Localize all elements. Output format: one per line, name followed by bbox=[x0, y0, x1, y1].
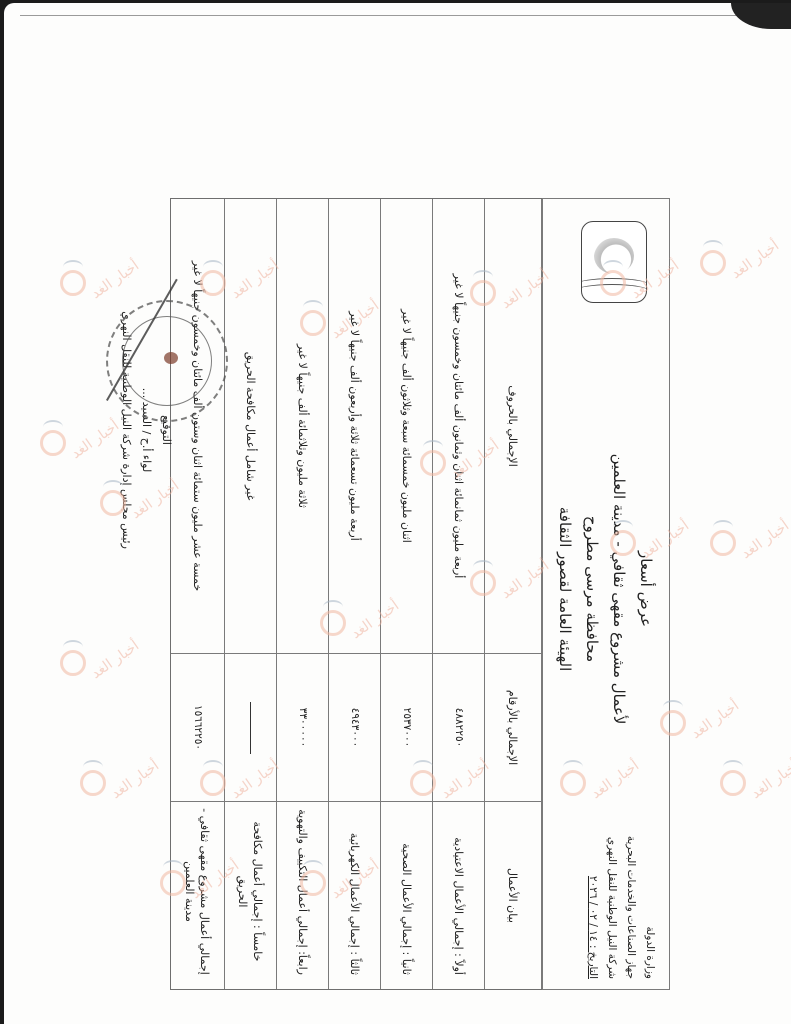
title-line-4: الهيئة العامة لقصور الثقافة bbox=[551, 439, 578, 739]
row-description: أولاً : إجمالي الأعمال الاعتيادية bbox=[433, 801, 484, 989]
signature-ink-mark bbox=[164, 352, 178, 364]
signature-area: التوقيع لواء أ.ح / السيد ... رئيس مجلس إ… bbox=[96, 280, 176, 580]
page-corner-curl bbox=[731, 3, 791, 29]
table-row: خامساً : إجمالي أعمال مكافحة الحريق غير … bbox=[225, 199, 277, 989]
title-line-3: محافظة مرسى مطروح bbox=[578, 439, 605, 739]
row-amount-numeric: ٢٥٣٧٠٠٠ bbox=[381, 653, 432, 801]
document-title: عرض أسعار لأعمال مشروع مقهى ثقافي - مدين… bbox=[551, 439, 659, 739]
total-description: إجمالي أعمال مشروع مقهى ثقافي - مدينة ال… bbox=[171, 801, 224, 989]
row-amount-words: ثلاثة مليون وثلاثمائة ألف جنيهاً لا غير bbox=[277, 199, 328, 653]
row-description: رابعاً: إجمالي أعمال التكييف والتهوية bbox=[277, 801, 328, 989]
ministry-name: وزارة الدولة bbox=[640, 749, 659, 979]
row-description: ثالثاً : إجمالي الأعمال الكهربائية bbox=[329, 801, 380, 989]
column-header-description: بيان الأعمال bbox=[485, 801, 541, 989]
issuer-block: وزارة الدولة جهاز الصناعات والخدمات البح… bbox=[583, 749, 659, 979]
table-row: ثالثاً : إجمالي الأعمال الكهربائية ٤٩٤٣٠… bbox=[329, 199, 381, 989]
row-amount-words: غير شامل أعمال مكافحة الحريق bbox=[225, 199, 276, 653]
rotated-document: وزارة الدولة جهاز الصناعات والخدمات البح… bbox=[170, 198, 670, 998]
row-amount-numeric: ٣٣٠٠٠٠٠ bbox=[277, 653, 328, 801]
empty-amount-dash bbox=[250, 702, 251, 754]
row-amount-words: أربعة مليون ثمانمائة اثنان وثمانون ألف م… bbox=[433, 199, 484, 653]
row-amount-numeric bbox=[225, 653, 276, 801]
document-header: وزارة الدولة جهاز الصناعات والخدمات البح… bbox=[542, 198, 670, 990]
title-line-2: لأعمال مشروع مقهى ثقافي - مدينة العلمين bbox=[605, 439, 632, 739]
document-date: التاريخ : ١٤ / ٠٢ / ٢٠٢٦ bbox=[583, 749, 602, 979]
row-amount-numeric: ٤٩٤٣٠٠٠ bbox=[329, 653, 380, 801]
table-row: ثانياً : إجمالي الأعمال الصحية ٢٥٣٧٠٠٠ ا… bbox=[381, 199, 433, 989]
company-logo-icon bbox=[581, 221, 647, 303]
document-page: وزارة الدولة جهاز الصناعات والخدمات البح… bbox=[170, 198, 670, 998]
row-amount-words: أربعة مليون تسعمائة ثلاثة وأربعون ألف جن… bbox=[329, 199, 380, 653]
total-amount-words: خمسة عشر مليون ستمائة اثنان وستون ألف ما… bbox=[171, 199, 224, 653]
title-line-1: عرض أسعار bbox=[632, 439, 659, 739]
table-row: رابعاً: إجمالي أعمال التكييف والتهوية ٣٣… bbox=[277, 199, 329, 989]
row-amount-words: اثنان مليون خمسمائة سبعة وثلاثون ألف جني… bbox=[381, 199, 432, 653]
table-row: أولاً : إجمالي الأعمال الاعتيادية ٤٨٨٢٢٥… bbox=[433, 199, 485, 989]
column-header-numeric: الإجمالي بالأرقام bbox=[485, 653, 541, 801]
row-amount-numeric: ٤٨٨٢٢٥٠ bbox=[433, 653, 484, 801]
row-description: ثانياً : إجمالي الأعمال الصحية bbox=[381, 801, 432, 989]
column-header-words: الإجمالي بالحروف bbox=[485, 199, 541, 653]
authority-name: جهاز الصناعات والخدمات البحرية bbox=[621, 749, 640, 979]
price-table: بيان الأعمال الإجمالي بالأرقام الإجمالي … bbox=[170, 198, 542, 990]
scan-edge-line bbox=[20, 15, 791, 16]
table-header-row: بيان الأعمال الإجمالي بالأرقام الإجمالي … bbox=[485, 199, 542, 989]
total-amount-numeric: ١٥٦٦٢٢٥٠ bbox=[171, 653, 224, 801]
row-description: خامساً : إجمالي أعمال مكافحة الحريق bbox=[225, 801, 276, 989]
company-name: شركة النيل الوطنية للنقل النهري bbox=[602, 749, 621, 979]
logo-wave-line bbox=[581, 284, 647, 299]
logo-crescent-shape bbox=[594, 238, 634, 274]
